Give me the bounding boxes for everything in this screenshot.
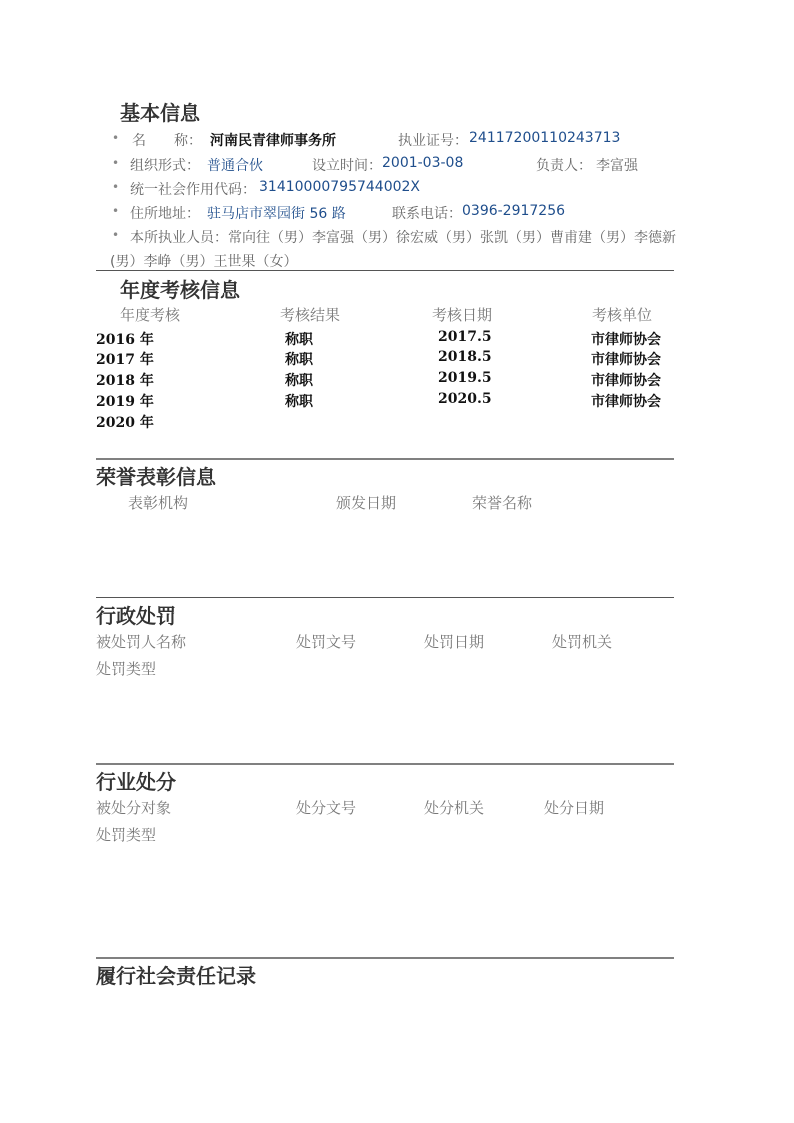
col-header-sanction-date: 处分日期	[544, 797, 604, 818]
review-result: 称职	[285, 370, 313, 390]
bullet-icon: •	[112, 228, 119, 242]
col-header-sanction-doc: 处分文号	[296, 797, 356, 818]
admin-penalty-title: 行政处罚	[96, 600, 176, 629]
review-unit: 市律师协会	[591, 370, 661, 390]
col-header-sanctioned: 被处分对象	[96, 797, 171, 818]
review-date: 2017.5	[438, 329, 492, 345]
review-date: 2019.5	[438, 370, 492, 386]
social-responsibility-title: 履行社会责任记录	[96, 960, 256, 989]
honors-title: 荣誉表彰信息	[96, 461, 216, 490]
col-header-penalty-authority: 处罚机关	[552, 631, 612, 652]
bullet-icon: •	[112, 131, 119, 145]
col-header-penalty-doc: 处罚文号	[296, 631, 356, 652]
review-year: 2018 年	[96, 370, 154, 390]
col-header-result: 考核结果	[280, 304, 340, 325]
bullet-icon: •	[112, 204, 119, 218]
col-header-org: 表彰机构	[128, 492, 188, 513]
review-date: 2020.5	[438, 391, 492, 407]
review-year: 2017 年	[96, 349, 154, 369]
review-result: 称职	[285, 349, 313, 369]
divider	[96, 597, 674, 598]
col-header-sanction-type: 处罚类型	[96, 824, 156, 845]
col-header-unit: 考核单位	[592, 304, 652, 325]
review-unit: 市律师协会	[591, 349, 661, 369]
col-header-penalty-date: 处罚日期	[424, 631, 484, 652]
firm-name: 河南民青律师事务所	[210, 130, 336, 150]
review-year: 2019 年	[96, 391, 154, 411]
col-header-honor-name: 荣誉名称	[472, 492, 532, 513]
review-result: 称职	[285, 329, 313, 349]
col-header-issue-date: 颁发日期	[336, 492, 396, 513]
staff-label: 本所执业人员：	[130, 227, 228, 247]
address-value: 驻马店市翠园街 56 路	[207, 203, 346, 223]
col-header-penalty-type: 处罚类型	[96, 658, 156, 679]
head-value: 李富强	[596, 155, 638, 175]
established-label: 设立时间：	[312, 155, 382, 175]
name-label: 名 称：	[132, 130, 202, 150]
annual-review-title: 年度考核信息	[120, 274, 240, 303]
staff-list-line1: 常向往（男）李富强（男）徐宏威（男）张凯（男）曹甫建（男）李德新	[228, 227, 676, 247]
phone-label: 联系电话：	[392, 203, 462, 223]
org-value: 普通合伙	[207, 155, 263, 175]
col-header-sanction-authority: 处分机关	[424, 797, 484, 818]
review-result: 称职	[285, 391, 313, 411]
head-label: 负责人：	[536, 155, 592, 175]
basic-info-title: 基本信息	[120, 97, 200, 126]
review-year: 2020 年	[96, 412, 154, 432]
review-date: 2018.5	[438, 349, 492, 365]
bullet-icon: •	[112, 156, 119, 170]
established-value: 2001-03-08	[382, 155, 463, 171]
review-unit: 市律师协会	[591, 329, 661, 349]
divider	[96, 458, 674, 460]
credit-code-value: 31410000795744002X	[259, 179, 420, 195]
review-year: 2016 年	[96, 329, 154, 349]
license-value: 24117200110243713	[469, 130, 620, 146]
org-label: 组织形式：	[130, 155, 200, 175]
divider	[96, 763, 674, 765]
license-label: 执业证号：	[398, 130, 468, 150]
col-header-date: 考核日期	[432, 304, 492, 325]
divider	[96, 957, 674, 959]
col-header-year: 年度考核	[120, 304, 180, 325]
col-header-penalized-name: 被处罚人名称	[96, 631, 186, 652]
credit-code-label: 统一社会作用代码：	[130, 179, 256, 199]
bullet-icon: •	[112, 180, 119, 194]
divider	[96, 270, 674, 271]
phone-value: 0396-2917256	[462, 203, 565, 219]
review-unit: 市律师协会	[591, 391, 661, 411]
staff-list-line2: (男）李峥（男）王世果（女）	[110, 251, 297, 271]
address-label: 住所地址：	[130, 203, 200, 223]
industry-sanction-title: 行业处分	[96, 766, 176, 795]
